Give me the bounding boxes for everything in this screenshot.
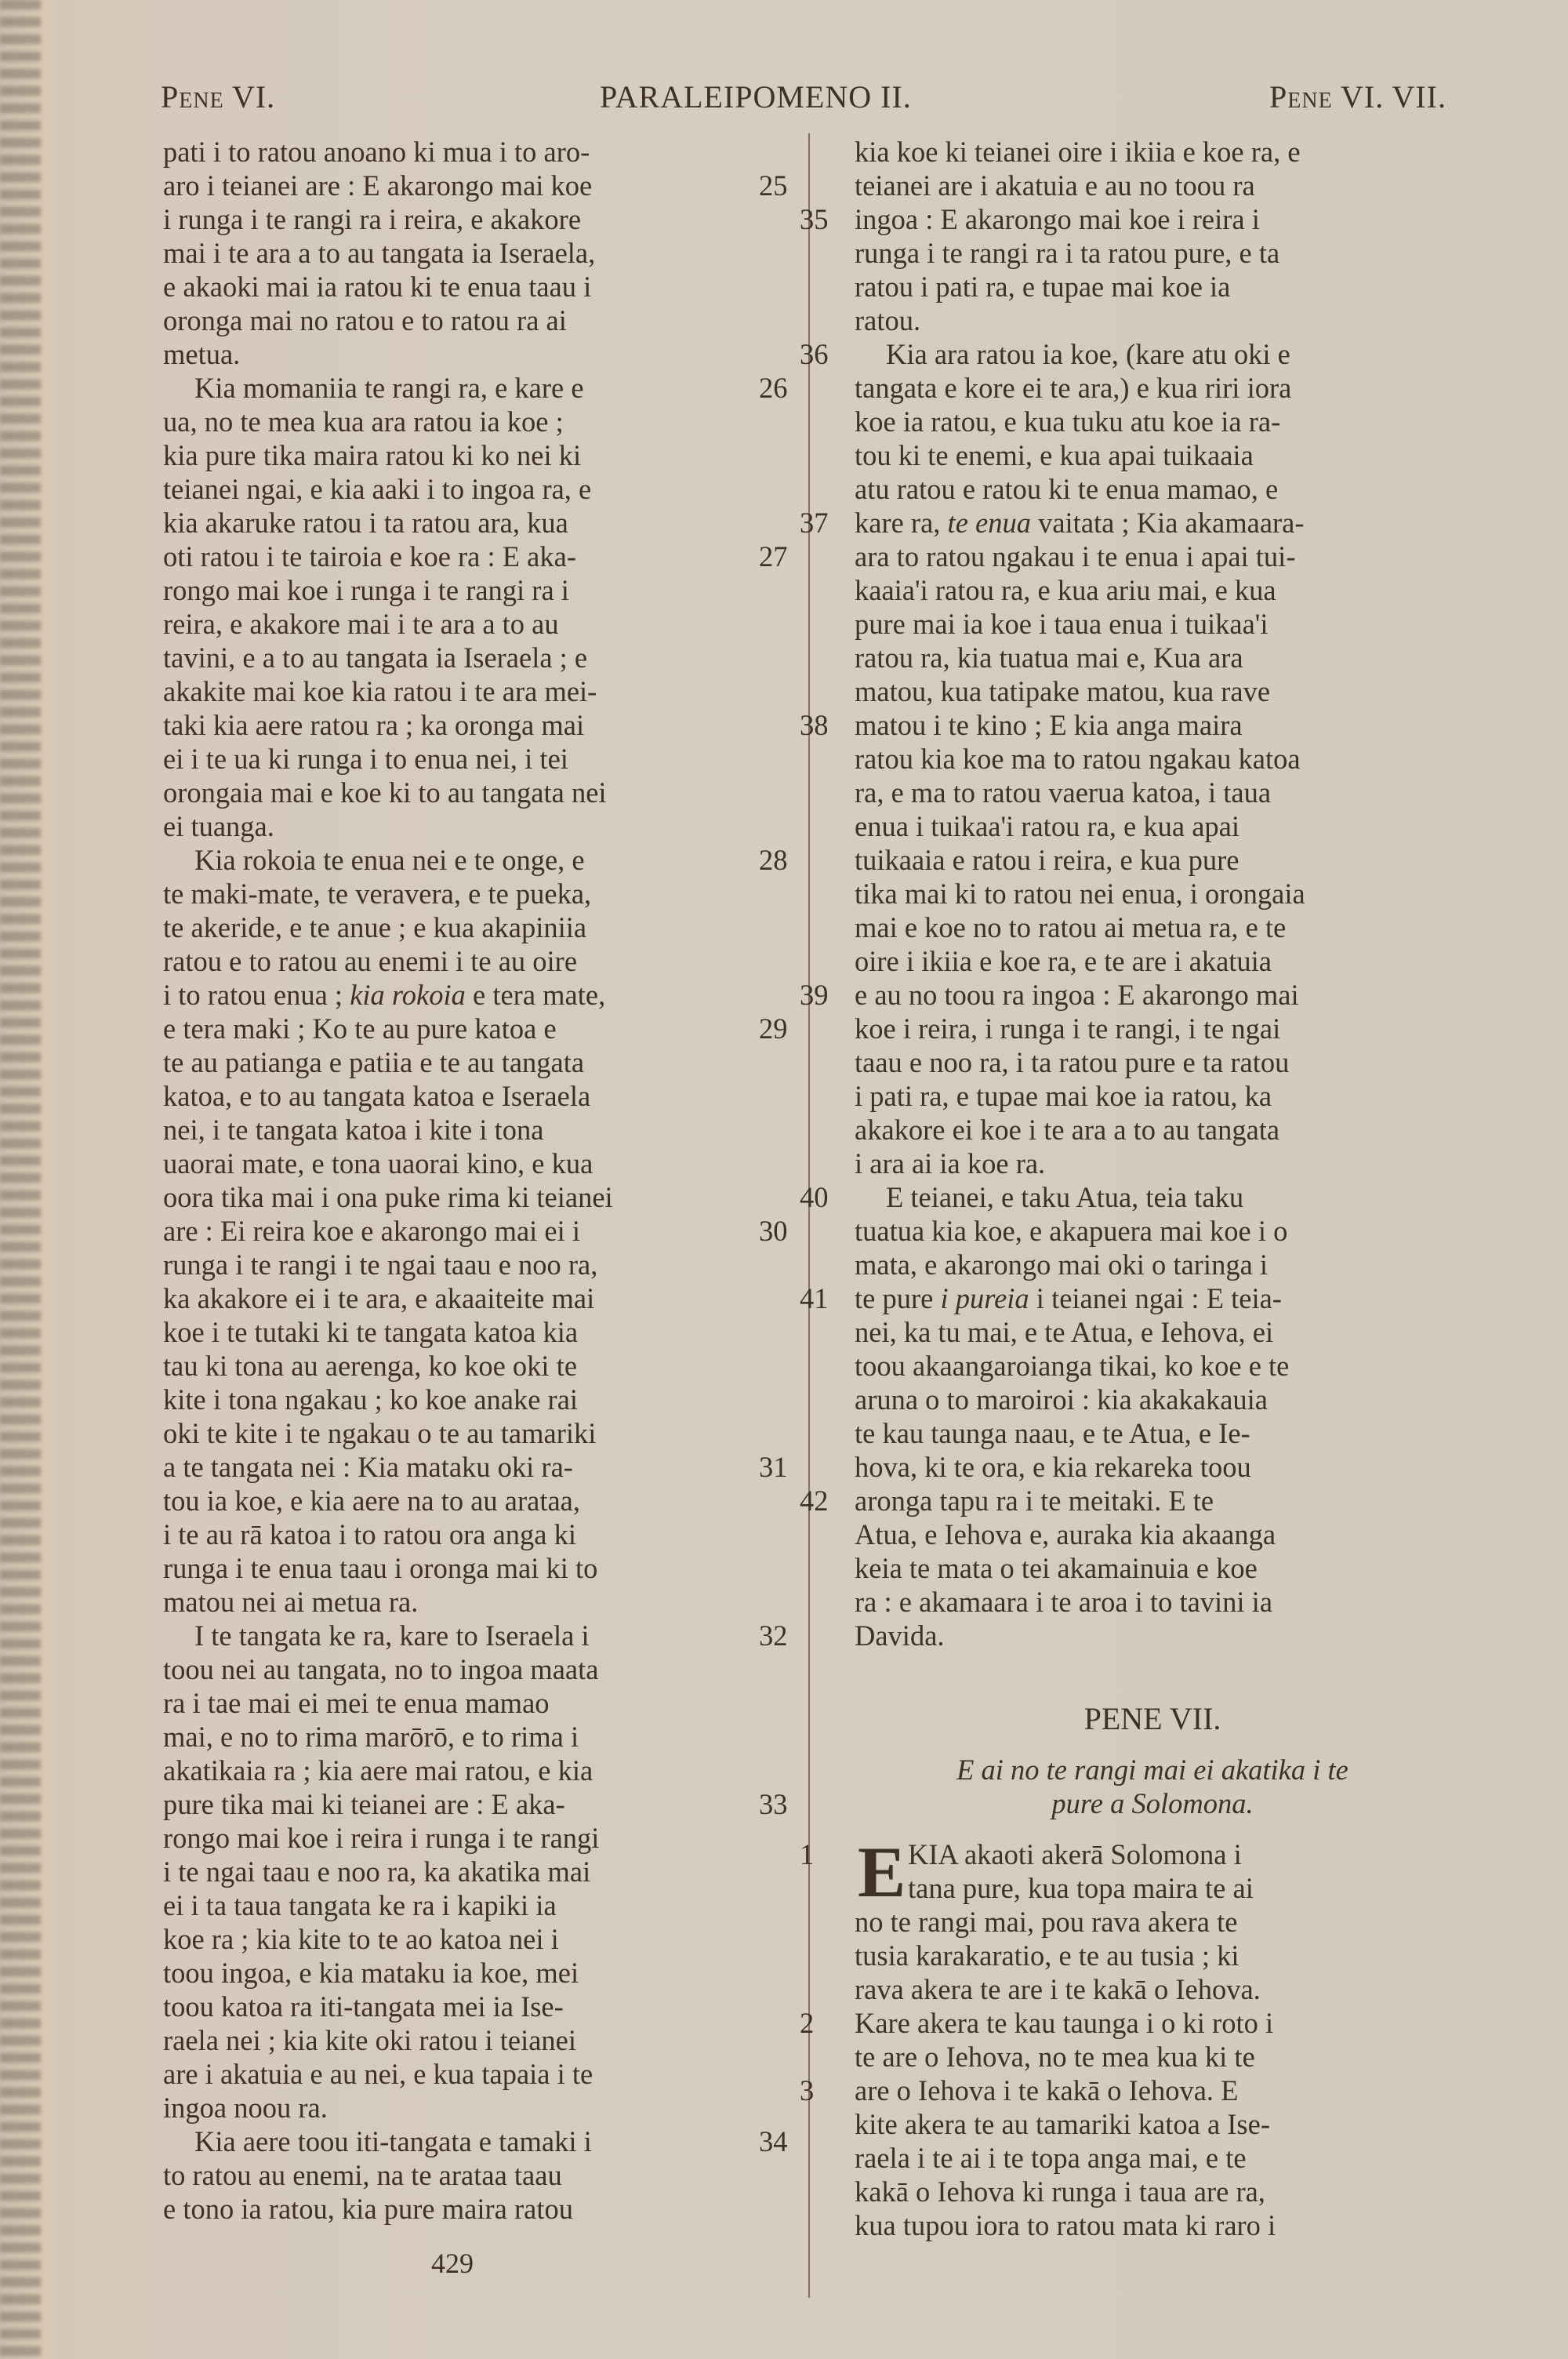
text-line: akakore ei koe i te ara a to au tangata	[855, 1113, 1450, 1147]
line-text: Davida.	[855, 1619, 945, 1652]
line-text: taki kia aere ratou ra ; ka oronga mai	[163, 708, 584, 742]
line-text: ei i te ua ki runga i to enua nei, i tei	[163, 742, 568, 776]
line-text: mata, e akarongo mai oki o taringa i	[855, 1248, 1268, 1281]
text-line: katoa, e to au tangata katoa e Iseraela	[163, 1079, 790, 1113]
text-line: te pure i pureia i teianei ngai : E teia…	[855, 1281, 1450, 1315]
line-text: i runga i te rangi ra i reira, e akakore	[163, 202, 581, 236]
running-head-right: Pene VI. VII.	[1269, 78, 1446, 115]
text-line: akakite mai koe kia ratou i te ara mei-	[163, 674, 790, 708]
verse-number: 25	[759, 169, 788, 202]
verse-number: 35	[800, 202, 829, 236]
line-text: toou katoa ra iti-tangata mei ia Ise-	[163, 1990, 564, 2023]
verse-number: 29	[759, 1012, 788, 1045]
text-line: tangata e kore ei te ara,) e kua riri io…	[855, 371, 1450, 405]
text-line: Kare akera te kau taunga i o ki roto i2	[855, 2006, 1450, 2040]
text-line: mai e koe no to ratou ai metua ra, e te	[855, 911, 1450, 944]
line-text: i ara ai ia koe ra.	[855, 1147, 1045, 1180]
text-line: ingoa noou ra.	[163, 2091, 790, 2125]
line-text: oora tika mai i ona puke rima ki teianei	[163, 1180, 613, 1214]
text-line: runga i te rangi i te ngai taau e noo ra…	[163, 1248, 790, 1281]
line-text: atu ratou e ratou ki te enua mamao, e	[855, 472, 1278, 506]
line-text: e akaoki mai ia ratou ki te enua taau i	[163, 270, 591, 304]
text-line: koe ra ; kia kite to te ao katoa nei i	[163, 1922, 790, 1956]
verse-number: 2	[800, 2006, 814, 2040]
text-line: i ara ai ia koe ra.	[855, 1147, 1450, 1180]
text-line: oki te kite i te ngakau o te au tamariki	[163, 1416, 790, 1450]
text-line: toou nei au tangata, no to ingoa maata	[163, 1652, 790, 1686]
line-text: tou ki te enemi, e kua apai tuikaaia	[855, 438, 1254, 472]
line-text: tou ia koe, e kia aere na to au arataa,	[163, 1484, 580, 1518]
text-line: tou ki te enemi, e kua apai tuikaaia	[855, 438, 1450, 472]
text-line: ra : e akamaara i te aroa i to tavini ia	[855, 1585, 1450, 1619]
text-line: tau ki tona au aerenga, ko koe oki te	[163, 1349, 790, 1383]
text-line: ratou.	[855, 304, 1450, 337]
text-line: mata, e akarongo mai oki o taringa i	[855, 1248, 1450, 1281]
verse-number: 34	[759, 2125, 788, 2158]
verse-number: 37	[800, 506, 829, 540]
text-line: Kia aere toou iti-tangata e tamaki i34	[163, 2125, 790, 2158]
line-text: aronga tapu ra i te meitaki. E te	[855, 1484, 1214, 1518]
line-text: tuatua kia koe, e akapuera mai koe i o	[855, 1214, 1287, 1248]
text-line: oora tika mai i ona puke rima ki teianei	[163, 1180, 790, 1214]
text-line: hova, ki te ora, e kia rekareka toou	[855, 1450, 1450, 1484]
text-line: reira, e akakore mai i te ara a to au	[163, 607, 790, 641]
text-line: te are o Iehova, no te mea kua ki te	[855, 2040, 1450, 2074]
text-line: taau e noo ra, i ta ratou pure e ta rato…	[855, 1045, 1450, 1079]
line-text: no te rangi mai, pou rava akera te	[855, 1905, 1237, 1939]
text-line: a te tangata nei : Kia mataku oki ra-31	[163, 1450, 790, 1484]
line-text: ra, e ma to ratou vaerua katoa, i taua	[855, 776, 1271, 809]
text-line: kite akera te au tamariki katoa a Ise-	[855, 2107, 1450, 2141]
facing-page-edge	[0, 0, 41, 2359]
verse-number: 27	[759, 540, 788, 573]
text-line: tana pure, kua topa maira te ai	[855, 1871, 1450, 1905]
line-text: are i akatuia e au nei, e kua tapaia i t…	[163, 2057, 593, 2091]
line-text: tau ki tona au aerenga, ko koe oki te	[163, 1349, 577, 1383]
line-text: kia akaruke ratou i ta ratou ara, kua	[163, 506, 568, 540]
text-line: kare ra, te enua vaitata ; Kia akamaara-…	[855, 506, 1450, 540]
verse-number: 36	[800, 337, 829, 371]
line-text: KIA akaoti akerā Solomona i	[855, 1837, 1242, 1871]
line-text: pure tika mai ki teianei are : E aka-	[163, 1787, 565, 1821]
text-line: are : Ei reira koe e akarongo mai ei i30	[163, 1214, 790, 1248]
text-line: aruna o to maroiroi : kia akakakauia	[855, 1383, 1450, 1416]
line-text: reira, e akakore mai i te ara a to au	[163, 607, 559, 641]
line-text: ra i tae mai ei mei te enua mamao	[163, 1686, 550, 1720]
text-line: matou i te kino ; E kia anga maira38	[855, 708, 1450, 742]
line-text: are : Ei reira koe e akarongo mai ei i	[163, 1214, 580, 1248]
text-line: oti ratou i te tairoia e koe ra : E aka-…	[163, 540, 790, 573]
text-line: te au patianga e patiia e te au tangata	[163, 1045, 790, 1079]
line-text: tika mai ki to ratou nei enua, i orongai…	[855, 877, 1305, 911]
text-line: pure mai ia koe i taua enua i tuikaa'i	[855, 607, 1450, 641]
verse-number: 39	[800, 978, 829, 1012]
text-line: teianei ngai, e kia aaki i to ingoa ra, …	[163, 472, 790, 506]
line-text: tavini, e a to au tangata ia Iseraela ; …	[163, 641, 587, 674]
text-line: runga i te rangi ra i ta ratou pure, e t…	[855, 236, 1450, 270]
line-text: akatikaia ra ; kia aere mai ratou, e kia	[163, 1754, 593, 1787]
text-line: are i akatuia e au nei, e kua tapaia i t…	[163, 2057, 790, 2091]
text-line: to ratou au enemi, na te arataa taau	[163, 2158, 790, 2192]
line-text: runga i te rangi i te ngai taau e noo ra…	[163, 1248, 597, 1281]
text-line: tavini, e a to au tangata ia Iseraela ; …	[163, 641, 790, 674]
text-line: keia te mata o tei akamainuia e koe	[855, 1551, 1450, 1585]
text-line: oronga mai no ratou e to ratou ra ai	[163, 304, 790, 337]
line-text: tuikaaia e ratou i reira, e kua pure	[855, 843, 1239, 877]
column-divider-rule	[808, 133, 810, 2298]
text-line: Davida.	[855, 1619, 1450, 1652]
line-text: ratou.	[855, 304, 920, 337]
text-line: orongaia mai e koe ki to au tangata nei	[163, 776, 790, 809]
text-line: tuikaaia e ratou i reira, e kua pure	[855, 843, 1450, 877]
line-text: a te tangata nei : Kia mataku oki ra-	[163, 1450, 573, 1484]
line-text: ka akakore ei i te ara, e akaaiteite mai	[163, 1281, 594, 1315]
text-line: koe i reira, i runga i te rangi, i te ng…	[855, 1012, 1450, 1045]
text-line: tuatua kia koe, e akapuera mai koe i o	[855, 1214, 1450, 1248]
line-text: raela nei ; kia kite oki ratou i teianei	[163, 2023, 576, 2057]
verse-number: 26	[759, 371, 788, 405]
line-text: Kia momaniia te rangi ra, e kare e	[163, 371, 584, 405]
text-line: ratou ra, kia tuatua mai e, Kua ara	[855, 641, 1450, 674]
text-line: rava akera te are i te kakā o Iehova.	[855, 1972, 1450, 2006]
line-text: koe ra ; kia kite to te ao katoa nei i	[163, 1922, 559, 1956]
text-line: kakā o Iehova ki runga i taua are ra,	[855, 2175, 1450, 2208]
line-text: Kia rokoia te enua nei e te onge, e	[163, 843, 585, 877]
text-line: toou katoa ra iti-tangata mei ia Ise-	[163, 1990, 790, 2023]
text-line: are o Iehova i te kakā o Iehova. E3	[855, 2074, 1450, 2107]
line-text: ingoa noou ra.	[163, 2091, 328, 2125]
line-text: metua.	[163, 337, 240, 371]
text-line: KIA akaoti akerā Solomona i1	[855, 1837, 1450, 1871]
running-head-book-title: PARALEIPOMENO II.	[600, 78, 912, 115]
text-line: te akeride, e te anue ; e kua akapiniia	[163, 911, 790, 944]
line-text: kaaia'i ratou ra, e kua ariu mai, e kua	[855, 573, 1276, 607]
text-line: uaorai mate, e tona uaorai kino, e kua	[163, 1147, 790, 1180]
line-text: te maki-mate, te veravera, e te pueka,	[163, 877, 591, 911]
line-text: koe i reira, i runga i te rangi, i te ng…	[855, 1012, 1280, 1045]
text-line: atu ratou e ratou ki te enua mamao, e	[855, 472, 1450, 506]
text-line: aronga tapu ra i te meitaki. E te42	[855, 1484, 1450, 1518]
line-text: runga i te enua taau i oronga mai ki to	[163, 1551, 597, 1585]
text-line: te kau taunga naau, e te Atua, e Ie-	[855, 1416, 1450, 1450]
line-text: nei, i te tangata katoa i kite i tona	[163, 1113, 543, 1147]
text-line: ra i tae mai ei mei te enua mamao	[163, 1686, 790, 1720]
running-head-left: Pene VI.	[161, 78, 275, 115]
text-line: e akaoki mai ia ratou ki te enua taau i	[163, 270, 790, 304]
line-text: rava akera te are i te kakā o Iehova.	[855, 1972, 1261, 2006]
line-text: ua, no te mea kua ara ratou ia koe ;	[163, 405, 564, 438]
text-line: matou, kua tatipake matou, kua rave	[855, 674, 1450, 708]
text-line: metua.	[163, 337, 790, 371]
line-text: aro i teianei are : E akarongo mai koe	[163, 169, 592, 202]
running-head: Pene VI. PARALEIPOMENO II. Pene VI. VII.	[161, 78, 1446, 125]
text-line: raela nei ; kia kite oki ratou i teianei	[163, 2023, 790, 2057]
text-line: tika mai ki to ratou nei enua, i orongai…	[855, 877, 1450, 911]
line-text: mai i te ara a to au tangata ia Iseraela…	[163, 236, 595, 270]
verse-number: 28	[759, 843, 788, 877]
text-line: ara to ratou ngakau i te enua i apai tui…	[855, 540, 1450, 573]
line-text: toou akaangaroianga tikai, ko koe e te	[855, 1349, 1289, 1383]
line-text: ratou i pati ra, e tupae mai koe ia	[855, 270, 1230, 304]
text-line: mai, e no to rima marōrō, e to rima i	[163, 1720, 790, 1754]
line-text: taau e noo ra, i ta ratou pure e ta rato…	[855, 1045, 1289, 1079]
line-text: ratou e to ratou au enemi i te au oire	[163, 944, 577, 978]
text-line: rongo mai koe i reira i runga i te rangi	[163, 1821, 790, 1855]
verse-number: 31	[759, 1450, 788, 1484]
text-line: raela i te ai i te topa anga mai, e te	[855, 2141, 1450, 2175]
line-text: kite akera te au tamariki katoa a Ise-	[855, 2107, 1270, 2141]
verse-number: 38	[800, 708, 829, 742]
line-text: kakā o Iehova ki runga i taua are ra,	[855, 2175, 1265, 2208]
text-line: aro i teianei are : E akarongo mai koe25	[163, 169, 790, 202]
text-line: ratou i pati ra, e tupae mai koe ia	[855, 270, 1450, 304]
line-text: koe i te tutaki ki te tangata katoa kia	[163, 1315, 578, 1349]
line-text: enua i tuikaa'i ratou ra, e kua apai	[855, 809, 1240, 843]
line-text: ara to ratou ngakau i te enua i apai tui…	[855, 540, 1295, 573]
line-text: runga i te rangi ra i ta ratou pure, e t…	[855, 236, 1279, 270]
text-line: i pati ra, e tupae mai koe ia ratou, ka	[855, 1079, 1450, 1113]
book-page: Pene VI. PARALEIPOMENO II. Pene VI. VII.…	[0, 0, 1568, 2359]
line-text: I te tangata ke ra, kare to Iseraela i	[163, 1619, 590, 1652]
verse-number: 41	[800, 1281, 829, 1315]
line-text: oire i ikiia e koe ra, e te are i akatui…	[855, 944, 1272, 978]
text-line: i te ngai taau e noo ra, ka akatika mai	[163, 1855, 790, 1888]
line-text: tusia karakaratio, e te au tusia ; ki	[855, 1939, 1240, 1972]
chapter-summary: E ai no te rangi mai ei akatika i te pur…	[855, 1753, 1450, 1820]
text-line: I te tangata ke ra, kare to Iseraela i32	[163, 1619, 790, 1652]
line-text: tangata e kore ei te ara,) e kua riri io…	[855, 371, 1291, 405]
text-line: kia pure tika maira ratou ki ko nei ki	[163, 438, 790, 472]
chapter-heading: PENE VII.	[855, 1685, 1450, 1753]
line-text: raela i te ai i te topa anga mai, e te	[855, 2141, 1247, 2175]
line-text: toou nei au tangata, no to ingoa maata	[163, 1652, 598, 1686]
verse-number: 33	[759, 1787, 788, 1821]
line-text: kare ra, te enua vaitata ; Kia akamaara-	[855, 506, 1305, 540]
line-text: akakore ei koe i te ara a to au tangata	[855, 1113, 1279, 1147]
line-text: katoa, e to au tangata katoa e Iseraela	[163, 1079, 590, 1113]
text-line: ei i ta taua tangata ke ra i kapiki ia	[163, 1888, 790, 1922]
line-text: are o Iehova i te kakā o Iehova. E	[855, 2074, 1238, 2107]
text-line: te maki-mate, te veravera, e te pueka,	[163, 877, 790, 911]
text-line: teianei are i akatuia e au no toou ra	[855, 169, 1450, 202]
text-line: Atua, e Iehova e, auraka kia akaanga	[855, 1518, 1450, 1551]
text-line: ratou kia koe ma to ratou ngakau katoa	[855, 742, 1450, 776]
line-text: hova, ki te ora, e kia rekareka toou	[855, 1450, 1251, 1484]
line-text: ingoa : E akarongo mai koe i reira i	[855, 202, 1260, 236]
text-line: ingoa : E akarongo mai koe i reira i35	[855, 202, 1450, 236]
line-text: matou, kua tatipake matou, kua rave	[855, 674, 1270, 708]
line-text: mai e koe no to ratou ai metua ra, e te	[855, 911, 1286, 944]
line-text: matou i te kino ; E kia anga maira	[855, 708, 1243, 742]
chapter-6-continuation: kia koe ki teianei oire i ikiia e koe ra…	[855, 135, 1450, 1652]
text-line: Kia momaniia te rangi ra, e kare e26	[163, 371, 790, 405]
text-line: kia koe ki teianei oire i ikiia e koe ra…	[855, 135, 1450, 169]
text-line: pati i to ratou anoano ki mua i to aro-	[163, 135, 790, 169]
line-text: teianei ngai, e kia aaki i to ingoa ra, …	[163, 472, 591, 506]
text-line: E teianei, e taku Atua, teia taku40	[855, 1180, 1450, 1214]
text-line: tou ia koe, e kia aere na to au arataa,	[163, 1484, 790, 1518]
line-text: i te au rā katoa i to ratou ora anga ki	[163, 1518, 576, 1551]
text-line: pure tika mai ki teianei are : E aka-33	[163, 1787, 790, 1821]
line-text: pure mai ia koe i taua enua i tuikaa'i	[855, 607, 1269, 641]
text-line: i to ratou enua ; kia rokoia e tera mate…	[163, 978, 790, 1012]
text-line: koe ia ratou, e kua tuku atu koe ia ra-	[855, 405, 1450, 438]
line-text: E teianei, e taku Atua, teia taku	[855, 1180, 1243, 1214]
line-text: mai, e no to rima marōrō, e to rima i	[163, 1720, 579, 1754]
text-line: i runga i te rangi ra i reira, e akakore	[163, 202, 790, 236]
text-line: i te au rā katoa i to ratou ora anga ki	[163, 1518, 790, 1551]
line-text: te pure i pureia i teianei ngai : E teia…	[855, 1281, 1282, 1315]
line-text: te are o Iehova, no te mea kua ki te	[855, 2040, 1255, 2074]
line-text: tana pure, kua topa maira te ai	[855, 1871, 1254, 1905]
line-text: Kare akera te kau taunga i o ki roto i	[855, 2006, 1273, 2040]
line-text: i to ratou enua ; kia rokoia e tera mate…	[163, 978, 605, 1012]
text-line: ei tuanga.	[163, 809, 790, 843]
left-column: pati i to ratou anoano ki mua i to aro-a…	[163, 135, 790, 2226]
line-text: ei i ta taua tangata ke ra i kapiki ia	[163, 1888, 557, 1922]
text-line: toou ingoa, e kia mataku ia koe, mei	[163, 1956, 790, 1990]
text-line: runga i te enua taau i oronga mai ki to	[163, 1551, 790, 1585]
line-text: rongo mai koe i reira i runga i te rangi	[163, 1821, 599, 1855]
text-line: matou nei ai metua ra.	[163, 1585, 790, 1619]
text-line: e au no toou ra ingoa : E akarongo mai39	[855, 978, 1450, 1012]
text-line: e tono ia ratou, kia pure maira ratou	[163, 2192, 790, 2226]
verse-number: 30	[759, 1214, 788, 1248]
text-line: ei i te ua ki runga i to enua nei, i tei	[163, 742, 790, 776]
text-line: ua, no te mea kua ara ratou ia koe ;	[163, 405, 790, 438]
line-text: uaorai mate, e tona uaorai kino, e kua	[163, 1147, 593, 1180]
verse-number: 1	[800, 1837, 814, 1871]
line-text: kia pure tika maira ratou ki ko nei ki	[163, 438, 581, 472]
line-text: rongo mai koe i runga i te rangi ra i	[163, 573, 569, 607]
chapter-7-text: E KIA akaoti akerā Solomona i1tana pure,…	[855, 1837, 1450, 2242]
text-line: akatikaia ra ; kia aere mai ratou, e kia	[163, 1754, 790, 1787]
line-text: oti ratou i te tairoia e koe ra : E aka-	[163, 540, 576, 573]
text-line: kua tupou iora to ratou mata ki raro i	[855, 2208, 1450, 2242]
text-line: kaaia'i ratou ra, e kua ariu mai, e kua	[855, 573, 1450, 607]
line-text: te kau taunga naau, e te Atua, e Ie-	[855, 1416, 1250, 1450]
text-line: Kia ara ratou ia koe, (kare atu oki e36	[855, 337, 1450, 371]
line-text: te akeride, e te anue ; e kua akapiniia	[163, 911, 586, 944]
text-line: tusia karakaratio, e te au tusia ; ki	[855, 1939, 1450, 1972]
right-column: kia koe ki teianei oire i ikiia e koe ra…	[855, 135, 1450, 2242]
line-text: akakite mai koe kia ratou i te ara mei-	[163, 674, 597, 708]
line-text: koe ia ratou, e kua tuku atu koe ia ra-	[855, 405, 1280, 438]
verse-number: 32	[759, 1619, 788, 1652]
line-text: pati i to ratou anoano ki mua i to aro-	[163, 135, 590, 169]
line-text: oki te kite i te ngakau o te au tamariki	[163, 1416, 596, 1450]
line-text: toou ingoa, e kia mataku ia koe, mei	[163, 1956, 579, 1990]
text-line: mai i te ara a to au tangata ia Iseraela…	[163, 236, 790, 270]
line-text: te au patianga e patiia e te au tangata	[163, 1045, 584, 1079]
line-text: ra : e akamaara i te aroa i to tavini ia	[855, 1585, 1272, 1619]
line-text: e tera maki ; Ko te au pure katoa e	[163, 1012, 557, 1045]
line-text: Atua, e Iehova e, auraka kia akaanga	[855, 1518, 1276, 1551]
text-line: koe i te tutaki ki te tangata katoa kia	[163, 1315, 790, 1349]
line-text: to ratou au enemi, na te arataa taau	[163, 2158, 562, 2192]
italic-supplied-words: i pureia	[940, 1282, 1029, 1314]
line-text: kua tupou iora to ratou mata ki raro i	[855, 2208, 1276, 2242]
verse-number: 40	[800, 1180, 829, 1214]
text-line: nei, ka tu mai, e te Atua, e Iehova, ei	[855, 1315, 1450, 1349]
verse-number: 3	[800, 2074, 814, 2107]
italic-supplied-words: te enua	[948, 507, 1031, 539]
text-line: ka akakore ei i te ara, e akaaiteite mai	[163, 1281, 790, 1315]
text-line: no te rangi mai, pou rava akera te	[855, 1905, 1450, 1939]
line-text: aruna o to maroiroi : kia akakakauia	[855, 1383, 1268, 1416]
line-text: i te ngai taau e noo ra, ka akatika mai	[163, 1855, 590, 1888]
text-line: toou akaangaroianga tikai, ko koe e te	[855, 1349, 1450, 1383]
line-text: ratou ra, kia tuatua mai e, Kua ara	[855, 641, 1243, 674]
line-text: ratou kia koe ma to ratou ngakau katoa	[855, 742, 1301, 776]
line-text: keia te mata o tei akamainuia e koe	[855, 1551, 1258, 1585]
text-line: oire i ikiia e koe ra, e te are i akatui…	[855, 944, 1450, 978]
line-text: orongaia mai e koe ki to au tangata nei	[163, 776, 607, 809]
line-text: i pati ra, e tupae mai koe ia ratou, ka	[855, 1079, 1272, 1113]
text-line: nei, i te tangata katoa i kite i tona	[163, 1113, 790, 1147]
text-line: kia akaruke ratou i ta ratou ara, kua	[163, 506, 790, 540]
line-text: ei tuanga.	[163, 809, 274, 843]
chapter-summary-line: pure a Solomona.	[855, 1787, 1450, 1820]
verse-number: 42	[800, 1484, 829, 1518]
text-line: kite i tona ngakau ; ko koe anake rai	[163, 1383, 790, 1416]
line-text: e tono ia ratou, kia pure maira ratou	[163, 2192, 573, 2226]
line-text: Kia ara ratou ia koe, (kare atu oki e	[855, 337, 1290, 371]
line-text: nei, ka tu mai, e te Atua, e Iehova, ei	[855, 1315, 1273, 1349]
line-text: kia koe ki teianei oire i ikiia e koe ra…	[855, 135, 1301, 169]
line-text: Kia aere toou iti-tangata e tamaki i	[163, 2125, 592, 2158]
line-text: e au no toou ra ingoa : E akarongo mai	[855, 978, 1299, 1012]
chapter-summary-line: E ai no te rangi mai ei akatika i te	[855, 1753, 1450, 1787]
text-line: Kia rokoia te enua nei e te onge, e28	[163, 843, 790, 877]
text-line: taki kia aere ratou ra ; ka oronga mai	[163, 708, 790, 742]
italic-supplied-words: kia rokoia	[350, 979, 466, 1011]
text-line: rongo mai koe i runga i te rangi ra i	[163, 573, 790, 607]
line-text: matou nei ai metua ra.	[163, 1585, 418, 1619]
line-text: oronga mai no ratou e to ratou ra ai	[163, 304, 567, 337]
line-text: kite i tona ngakau ; ko koe anake rai	[163, 1383, 578, 1416]
text-line: enua i tuikaa'i ratou ra, e kua apai	[855, 809, 1450, 843]
line-text: teianei are i akatuia e au no toou ra	[855, 169, 1255, 202]
page-number: 429	[431, 2247, 474, 2280]
text-line: e tera maki ; Ko te au pure katoa e29	[163, 1012, 790, 1045]
text-line: ratou e to ratou au enemi i te au oire	[163, 944, 790, 978]
text-line: ra, e ma to ratou vaerua katoa, i taua	[855, 776, 1450, 809]
